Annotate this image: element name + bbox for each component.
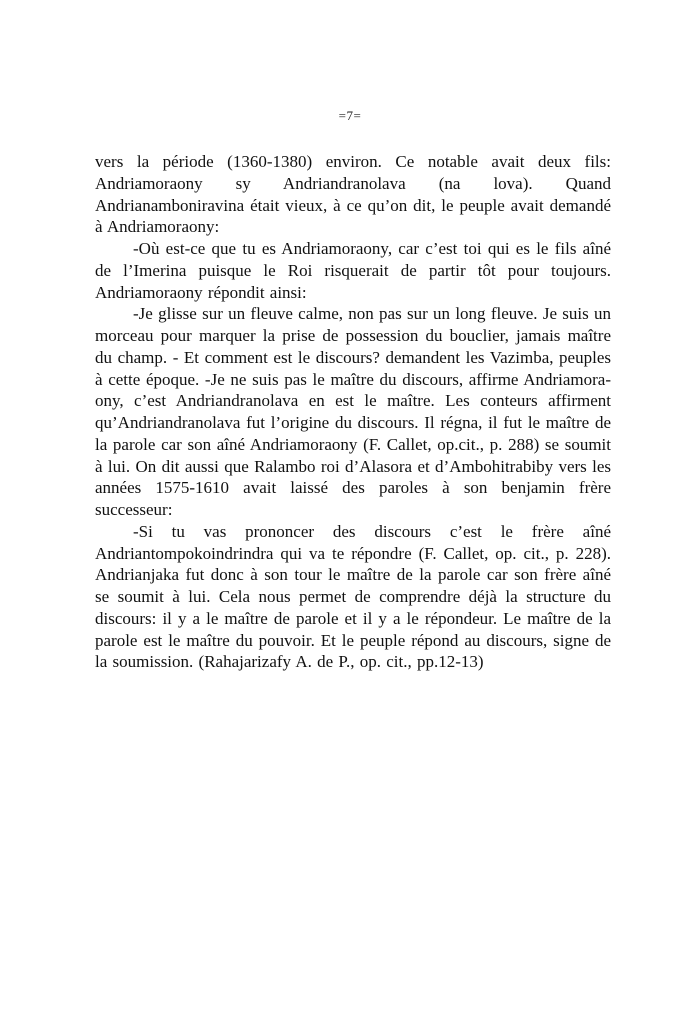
paragraph-dialogue-3: -Si tu vas prononcer des discours c’est …	[95, 521, 611, 673]
text-block: vers la période (1360-1380) environ. Ce …	[95, 151, 611, 673]
paragraph-dialogue-2: -Je glisse sur un fleuve calme, non pas …	[95, 303, 611, 521]
document-page: =7= vers la période (1360-1380) environ.…	[0, 0, 700, 1028]
page-number: =7=	[0, 108, 700, 124]
paragraph-continuation: vers la période (1360-1380) environ. Ce …	[95, 151, 611, 238]
paragraph-dialogue-1: -Où est-ce que tu es Andriamoraony, car …	[95, 238, 611, 303]
